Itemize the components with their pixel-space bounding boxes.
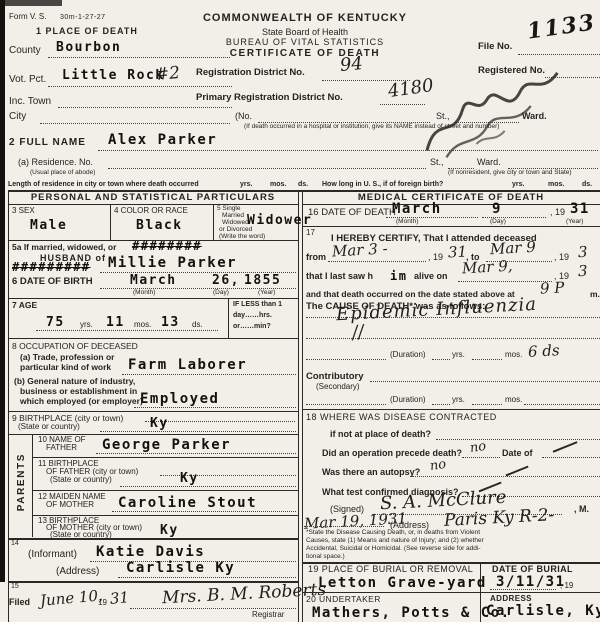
burial-date-value: 3/11/31: [496, 575, 566, 590]
informant-address-fill: [118, 577, 296, 578]
contrib-yrs-label: yrs.: [452, 396, 465, 404]
contracted-line1: if not at place of death?: [330, 430, 431, 439]
full-name-fill-line: [98, 150, 598, 151]
contributory-fill: [370, 381, 600, 382]
father-bp-label3: (State or country): [50, 476, 112, 484]
file-no-label: File No.: [478, 42, 512, 52]
occupation-b-line3: which employed (or employer): [20, 397, 143, 406]
certify-number: 17: [306, 229, 315, 237]
age-days-label: ds.: [192, 321, 203, 329]
medical-section-title: MEDICAL CERTIFICATE OF DEATH: [302, 193, 600, 203]
father-bp-top-rule: [32, 457, 298, 458]
filed-19-printed: 19: [98, 599, 107, 607]
father-bp-fill-2: [120, 486, 296, 487]
filed-label: Filed: [9, 598, 30, 607]
informant-row-top-rule: [8, 538, 298, 540]
length-ds-label: ds.: [298, 181, 308, 188]
full-name-value: Alex Parker: [108, 133, 217, 148]
saw-year-value: 3: [578, 264, 588, 280]
strikeout-word-1: ########: [132, 240, 202, 253]
father-bp-value: Ky: [180, 472, 199, 486]
duration-yrs-label: yrs.: [452, 351, 465, 359]
informant-value: Katie Davis: [96, 545, 205, 560]
autopsy-answer: no: [429, 458, 447, 474]
commonwealth-heading: COMMONWEALTH OF KENTUCKY: [190, 13, 420, 25]
occupation-b-value: Employed: [140, 392, 219, 407]
undertaker-address-value: Carlisle, Ky: [486, 604, 600, 619]
occupation-a-line1: (a) Trade, profession or: [20, 353, 114, 362]
last-saw-him: im: [390, 270, 407, 283]
parents-label-divider: [32, 434, 33, 537]
length-residence-label: Length of residence in city or town wher…: [8, 181, 199, 188]
operation-date-label: Date of: [502, 449, 533, 458]
us-yrs-label: yrs.: [512, 181, 524, 188]
husband-label-1: 5a If married, widowed, or: [12, 243, 116, 252]
occupation-a-fill: [122, 374, 296, 375]
mother-name-top-rule: [32, 490, 298, 491]
signed-address-value: Paris Ky R-2-: [444, 507, 555, 531]
duration-fill-c: [472, 359, 502, 360]
inc-town-fill-line: [58, 107, 232, 108]
strikeout-word-2: #########: [12, 261, 91, 274]
birthplace-fill-2: [100, 431, 296, 432]
to-19-printed: , 19: [554, 253, 569, 262]
if-less-line3: or……min?: [233, 323, 271, 330]
if-less-line2: day……hrs.: [233, 312, 272, 319]
place-of-death-heading: 1 PLACE OF DEATH: [36, 27, 138, 36]
race-label: 4 COLOR OR RACE: [114, 207, 188, 215]
county-value: Bourbon: [56, 41, 121, 55]
death-time-value: 9 P: [540, 280, 565, 297]
how-long-us-label: How long in U. S., if of foreign birth?: [322, 181, 443, 188]
footnote-line2: Causes, state (1) Means and nature of In…: [306, 538, 484, 545]
attended-to-value: Mar 9: [490, 240, 537, 258]
us-mos-label: mos.: [548, 181, 564, 188]
table-left-border: [8, 190, 9, 622]
sex-label: 3 SEX: [12, 207, 35, 215]
death-time-m-label: m.: [590, 290, 600, 299]
city-no-label: (No.: [235, 112, 252, 121]
age-label: 7 AGE: [12, 301, 37, 310]
race-marital-divider: [213, 204, 214, 240]
pen-stroke-autopsy: [506, 466, 529, 476]
attended-from-value: Mar 3 -: [332, 242, 388, 261]
dod-month-value: March: [392, 202, 442, 217]
contrib-duration-fill-c: [472, 404, 502, 405]
saw-fill-line: [458, 281, 552, 282]
voting-precinct-label: Vot. Pct.: [9, 75, 46, 86]
contracted-fill: [436, 439, 600, 440]
registration-district-value: 94: [339, 55, 363, 76]
filed-fill-line: [130, 608, 296, 609]
us-ds-label: ds.: [582, 181, 592, 188]
length-mos-label: mos.: [270, 181, 286, 188]
dob-day-sublabel: (Day): [213, 290, 229, 297]
sex-race-divider: [110, 204, 111, 240]
cause-fill-line-2: [306, 338, 600, 339]
bureau-heading: BUREAU OF VITAL STATISTICS: [190, 38, 420, 47]
duration-mos-label: mos.: [505, 351, 522, 359]
age-months-label: mos.: [134, 321, 151, 329]
illegible-scribble: [406, 62, 587, 170]
operation-date-fill: [542, 457, 600, 458]
duration-fill-a: [306, 359, 386, 360]
personal-section-title: PERSONAL AND STATISTICAL PARTICULARS: [8, 193, 298, 203]
footnote-line1: *State the Disease Causing Death, or, in…: [306, 530, 480, 537]
contrib-duration-fill-a: [306, 404, 386, 405]
occupation-row-top-rule: [8, 338, 298, 339]
occupation-a-value: Farm Laborer: [128, 358, 247, 373]
informant-number: 14: [11, 540, 19, 547]
burial-place-label: 19 PLACE OF BURIAL OR REMOVAL: [308, 565, 473, 574]
informant-address-label: (Address): [56, 567, 99, 578]
spouse-name-value: Millie Parker: [108, 256, 237, 271]
signed-md-label: , M.: [574, 505, 589, 514]
mother-name-fill: [112, 511, 296, 512]
county-label: County: [9, 46, 41, 57]
father-name-label2: FATHER: [46, 444, 77, 452]
registration-district-label: Registration District No.: [196, 68, 305, 78]
footnote-line3: Accidental, Suicidal or Homicidal. (See …: [306, 546, 481, 553]
residence-fill-line: [108, 168, 426, 169]
dod-year-value: 31: [570, 202, 590, 217]
contrib-mos-label: mos.: [505, 396, 522, 404]
birthplace-row-top-rule: [8, 411, 298, 412]
signed-date-fill: [304, 526, 384, 527]
pen-stroke-date: [553, 441, 578, 452]
scan-edge-bar: [0, 0, 5, 582]
undertaker-value: Mathers, Potts & Co.: [312, 606, 511, 621]
burial-date-fill: [490, 589, 556, 590]
undertaker-row-top-rule: [302, 592, 600, 593]
certify-row-top-rule: [302, 226, 600, 227]
dod-day-sublabel: (Day): [490, 219, 506, 226]
operation-answer: no: [469, 440, 487, 456]
contrib-duration-label: (Duration): [390, 396, 426, 404]
mother-name-label2: OF MOTHER: [46, 501, 94, 509]
sex-value: Male: [30, 219, 67, 233]
alive-on-label: alive on: [414, 272, 448, 281]
duration-fill-b: [432, 359, 450, 360]
dod-year-sublabel: (Year): [566, 219, 583, 226]
occupation-a-line2: particular kind of work: [20, 363, 111, 372]
city-label: City: [9, 112, 26, 123]
age-months-value: 11: [106, 316, 125, 330]
residence-st-label: St.,: [430, 158, 444, 167]
filed-year-value: 31: [109, 590, 129, 607]
inc-town-label: Inc. Town: [9, 97, 51, 108]
contrib-duration-fill-b: [432, 404, 450, 405]
contributory-sublabel: (Secondary): [316, 383, 360, 391]
to-year-value: 3: [578, 245, 588, 261]
contributory-label: Contributory: [306, 372, 364, 382]
column-divider-inner: [302, 190, 303, 622]
dob-month-value: March: [130, 274, 177, 288]
certificate-heading: CERTIFICATE OF DEATH: [190, 49, 420, 60]
mother-name-value: Caroline Stout: [118, 496, 257, 511]
father-name-fill: [96, 453, 296, 454]
if-less-line1: IF LESS than 1: [233, 301, 282, 308]
contracted-label: 18 WHERE WAS DISEASE CONTRACTED: [306, 413, 497, 422]
cause-ditto-slash: //: [351, 323, 366, 343]
operation-fill: [462, 457, 500, 458]
precinct-fill-line: [48, 86, 232, 87]
filed-number: 15: [11, 583, 19, 590]
occupation-b-line2: business or establishment in: [20, 387, 137, 396]
registrar-label: Registrar: [252, 611, 284, 619]
autopsy-label: Was there an autopsy?: [322, 468, 420, 477]
dob-day-value: 26,: [212, 274, 240, 288]
scan-smudge: [0, 0, 62, 6]
autopsy-fill: [412, 476, 600, 477]
informant-label: (Informant): [28, 550, 77, 561]
dod-19-printed: , 19: [550, 208, 565, 217]
medical-title-rule: [302, 204, 600, 205]
burial-place-value: Letton Grave-yard: [318, 576, 487, 591]
filed-date-value: June 10,: [39, 588, 103, 609]
dod-label: 16 DATE OF DEATH: [308, 208, 396, 218]
abode-note: (Usual place of abode): [30, 170, 95, 177]
file-no-value: 1133: [526, 11, 598, 44]
father-name-value: George Parker: [102, 438, 231, 453]
occupation-b-fill: [134, 407, 296, 408]
contrib-duration-fill-d: [524, 404, 600, 405]
occupation-b-line1: (b) General nature of industry,: [14, 377, 135, 386]
full-name-label: 2 FULL NAME: [9, 138, 86, 149]
residence-ward-label: Ward.: [477, 158, 501, 167]
birthplace-value: Ky: [150, 417, 169, 431]
voting-precinct-value: Little Rock: [62, 69, 165, 83]
informant-address-value: Carlisle Ky: [126, 561, 235, 576]
from-19-printed: , 19: [428, 253, 443, 262]
duration-label: (Duration): [390, 351, 426, 359]
age-years-label: yrs.: [80, 321, 93, 329]
age-row-top-rule: [8, 298, 298, 299]
parents-vertical-label: PARENTS: [17, 455, 28, 511]
primary-registration-label: Primary Registration District No.: [196, 93, 343, 103]
burial-19-printed: , 19: [560, 582, 573, 590]
birthplace-sublabel: (State or country): [18, 423, 80, 431]
duration-value: 6 ds: [528, 343, 560, 360]
undertaker-label: 20 UNDERTAKER: [306, 595, 381, 604]
attended-from-label: from: [306, 253, 326, 262]
mother-bp-value: Ky: [160, 524, 179, 538]
age-subcell-divider: [228, 298, 229, 338]
dob-year-value: 1855: [244, 274, 281, 288]
age-days-value: 13: [161, 316, 180, 330]
last-saw-date-value: Mar 9,: [462, 259, 513, 277]
contracted-row-top-rule: [302, 409, 600, 410]
race-value: Black: [136, 219, 183, 233]
voting-precinct-number: #2: [154, 65, 181, 85]
column-divider-outer: [298, 190, 299, 622]
form-code: 30m-1-27-27: [60, 14, 106, 21]
footnote-line4: tional space.): [306, 554, 345, 561]
last-saw-label: that I last saw h: [306, 272, 373, 281]
occupation-label: 8 OCCUPATION OF DECEASED: [12, 342, 138, 351]
dob-month-sublabel: (Month): [133, 290, 155, 297]
nonresident-note: (If nonresident, give city or town and S…: [448, 170, 572, 177]
city-fill-line: [40, 123, 230, 124]
residence-label: (a) Residence. No.: [18, 158, 93, 167]
age-years-value: 75: [46, 316, 65, 330]
dob-year-sublabel: (Year): [258, 290, 275, 297]
dob-label: 6 DATE OF BIRTH: [12, 277, 93, 287]
file-no-fill-line: [518, 54, 600, 55]
from-fill-line: [328, 261, 426, 262]
dod-month-sublabel: (Month): [396, 219, 418, 226]
personal-title-rule: [8, 204, 298, 205]
form-number-label: Form V. S.: [9, 13, 47, 21]
length-yrs-label: yrs.: [240, 181, 252, 188]
dod-day-value: 9: [492, 202, 502, 217]
death-certificate-document: Form V. S. 30m-1-27-27 1 PLACE OF DEATH …: [0, 0, 600, 622]
age-fill-line: [36, 330, 218, 331]
